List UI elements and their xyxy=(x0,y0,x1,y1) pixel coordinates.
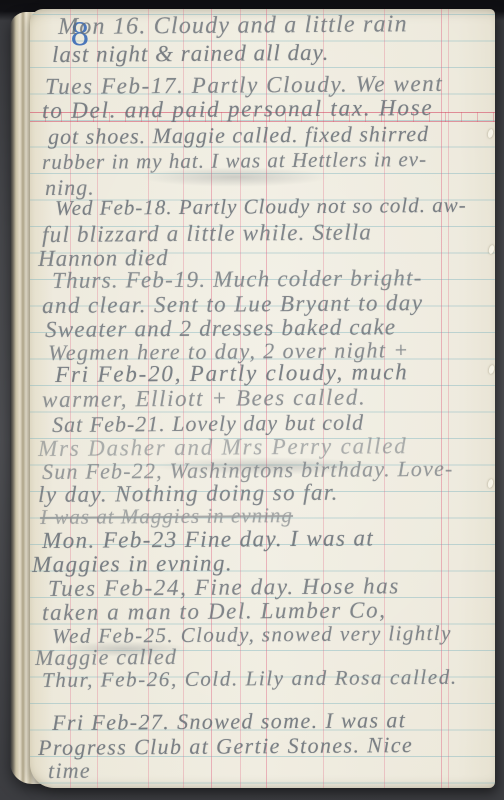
journal-line: Thur, Feb-26, Cold. Lily and Rosa called… xyxy=(42,665,458,692)
journal-line: ful blizzard a little while. Stella xyxy=(42,219,372,248)
journal-line: Fri Feb-27. Snowed some. I was at xyxy=(52,707,406,735)
journal-line: last night & rained all day. xyxy=(52,40,329,69)
journal-line-struck: I was at Maggies in evning xyxy=(40,503,293,529)
journal-line: Wed Feb-18. Partly Cloudy not so cold. a… xyxy=(55,193,467,220)
photo-backdrop: 8 Mon 16. Cloudy and a little rain last … xyxy=(0,0,504,800)
journal-line: got shoes. Maggie called. fixed shirred xyxy=(48,121,429,149)
journal-line: time xyxy=(48,758,91,784)
journal-line: rubber in my hat. I was at Hettlers in e… xyxy=(42,147,427,174)
journal-line: Progress Club at Gertie Stones. Nice xyxy=(38,732,413,760)
journal-line: Mon 16. Cloudy and a little rain xyxy=(58,11,408,41)
journal-page: 8 Mon 16. Cloudy and a little rain last … xyxy=(30,9,495,788)
journal-line: to Del. and paid personal tax. Hose xyxy=(42,95,434,125)
